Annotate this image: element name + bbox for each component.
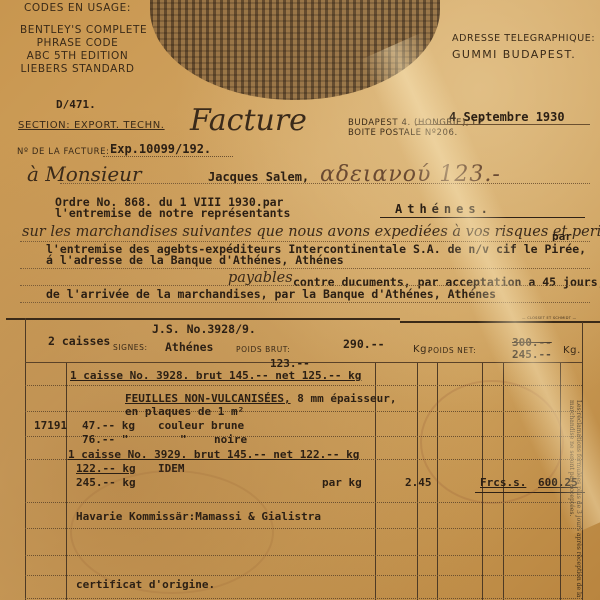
surveyor: Havarie Kommissär:Mamassi & Gialistra bbox=[76, 510, 321, 523]
body-rule-3 bbox=[20, 285, 590, 286]
printer-mark: — CLOSSET ET SCHMIDT — bbox=[522, 316, 576, 320]
column-divider-4 bbox=[437, 362, 438, 600]
product-format: en plaques de 1 m² bbox=[125, 405, 244, 418]
table-top-rule-right bbox=[400, 321, 600, 323]
date-underline bbox=[415, 124, 590, 125]
document-title: Facture bbox=[190, 103, 307, 138]
certificate-of-origin: certificat d'origine. bbox=[76, 578, 215, 591]
telegraph-address: GUMMI BUDAPEST. bbox=[452, 47, 595, 63]
body-rule-2 bbox=[20, 268, 590, 269]
brown-quantity: 47.-- kg bbox=[82, 419, 135, 432]
gross-weight: 290.-- bbox=[343, 337, 385, 351]
codes-heading: CODES EN USAGE: bbox=[20, 2, 135, 15]
package-count: 2 caisses bbox=[48, 334, 110, 348]
net-weight: 245.-- bbox=[512, 348, 552, 361]
code-phrase: PHRASE CODE bbox=[20, 37, 135, 50]
code-liebers: LIEBERS STANDARD bbox=[20, 63, 135, 76]
black-ditto: " bbox=[180, 433, 187, 446]
currency-label: Frcs.s. bbox=[480, 476, 526, 489]
invoice-number: Exp.10099/192. bbox=[110, 142, 211, 156]
code-abc: ABC 5TH EDITION bbox=[20, 50, 135, 63]
row-rule bbox=[25, 598, 582, 599]
recipient-line bbox=[60, 183, 590, 184]
brown-description: couleur brune bbox=[158, 419, 244, 432]
printed-script-goods: sur les marchandises suivantes que nous … bbox=[22, 224, 600, 240]
total-quantity: 245.-- kg bbox=[76, 476, 136, 489]
payment-bank: de l'arrivée de la marchandises, par la … bbox=[46, 287, 496, 301]
shipping-line-2: á l'adresse de la Banque d'Athénes, Athé… bbox=[46, 255, 586, 266]
row-rule bbox=[25, 385, 582, 386]
row-rule bbox=[25, 528, 582, 529]
table-top-rule bbox=[6, 318, 400, 320]
invoice-date: 4 Septembre 1930 bbox=[449, 110, 565, 124]
recipient-name: Jacques Salem, bbox=[208, 170, 309, 184]
row-rule bbox=[25, 575, 582, 576]
shipping-marks-destination: Athénes bbox=[165, 340, 213, 354]
po-box: BOITE POSTALE Nº206. bbox=[348, 128, 484, 138]
order-line-2: l'entremise de notre représentants bbox=[55, 208, 290, 219]
invoice-number-line bbox=[103, 156, 233, 157]
product-thickness: 8 mm épaisseur, bbox=[297, 392, 396, 405]
destination-underline bbox=[380, 217, 585, 218]
body-rule-4 bbox=[20, 302, 590, 303]
unit-price: 2.45 bbox=[405, 476, 432, 489]
signes-label: SIGNES: bbox=[113, 343, 148, 352]
shipping-block: l'entremise des agebts-expéditeurs Inter… bbox=[46, 244, 586, 266]
telegraph-label: ADRESSE TELEGRAPHIQUE: bbox=[452, 31, 595, 47]
printed-script-payables: payables bbox=[228, 270, 293, 286]
black-description: noire bbox=[214, 433, 247, 446]
row-rule bbox=[25, 502, 582, 503]
row-rule bbox=[25, 411, 582, 412]
invoice-number-label: Nº DE LA FACTURE: bbox=[17, 147, 110, 157]
net-weight-label: POIDS NET: bbox=[428, 346, 476, 355]
product-name: FEUILLES NON-VULCANISÉES, bbox=[125, 392, 291, 405]
case2-line: 1 caisse No. 3929. brut 145.-- net 122.-… bbox=[68, 448, 359, 461]
claims-notice: Les réclamations formulées plus de 3 jou… bbox=[568, 400, 582, 600]
column-divider-1 bbox=[66, 362, 67, 600]
article-code: 17191 bbox=[34, 419, 67, 432]
case1-line: 1 caisse No. 3928. brut 145.-- net 125.-… bbox=[70, 369, 361, 382]
order-block: Ordre No. 868. du 1 VIII 1930.par l'entr… bbox=[55, 197, 290, 219]
unit-label: par kg bbox=[322, 476, 362, 489]
product-line: FEUILLES NON-VULCANISÉES, 8 mm épaisseur… bbox=[125, 392, 397, 405]
case2-quantity: 122.-- kg bbox=[76, 462, 136, 475]
section-label: SECTION: EXPORT. TECHN. bbox=[18, 120, 165, 131]
telegraph-codes: CODES EN USAGE: BENTLEY'S COMPLETE PHRAS… bbox=[20, 2, 135, 76]
net-weight-unit: Kg. bbox=[563, 345, 581, 356]
table-right-border bbox=[582, 322, 583, 600]
code-bentley: BENTLEY'S COMPLETE bbox=[20, 24, 135, 37]
case2-description: IDEM bbox=[158, 462, 185, 475]
row-rule bbox=[25, 555, 582, 556]
destination: Athénes. bbox=[395, 202, 493, 216]
shipping-marks: J.S. No.3928/9. bbox=[152, 322, 256, 336]
telegraph-address-block: ADRESSE TELEGRAPHIQUE: GUMMI BUDAPEST. bbox=[452, 31, 595, 63]
reference-number: D/471. bbox=[56, 98, 96, 111]
gross-weight-label: POIDS BRUT: bbox=[236, 345, 290, 354]
black-quantity: 76.-- " bbox=[82, 433, 128, 446]
